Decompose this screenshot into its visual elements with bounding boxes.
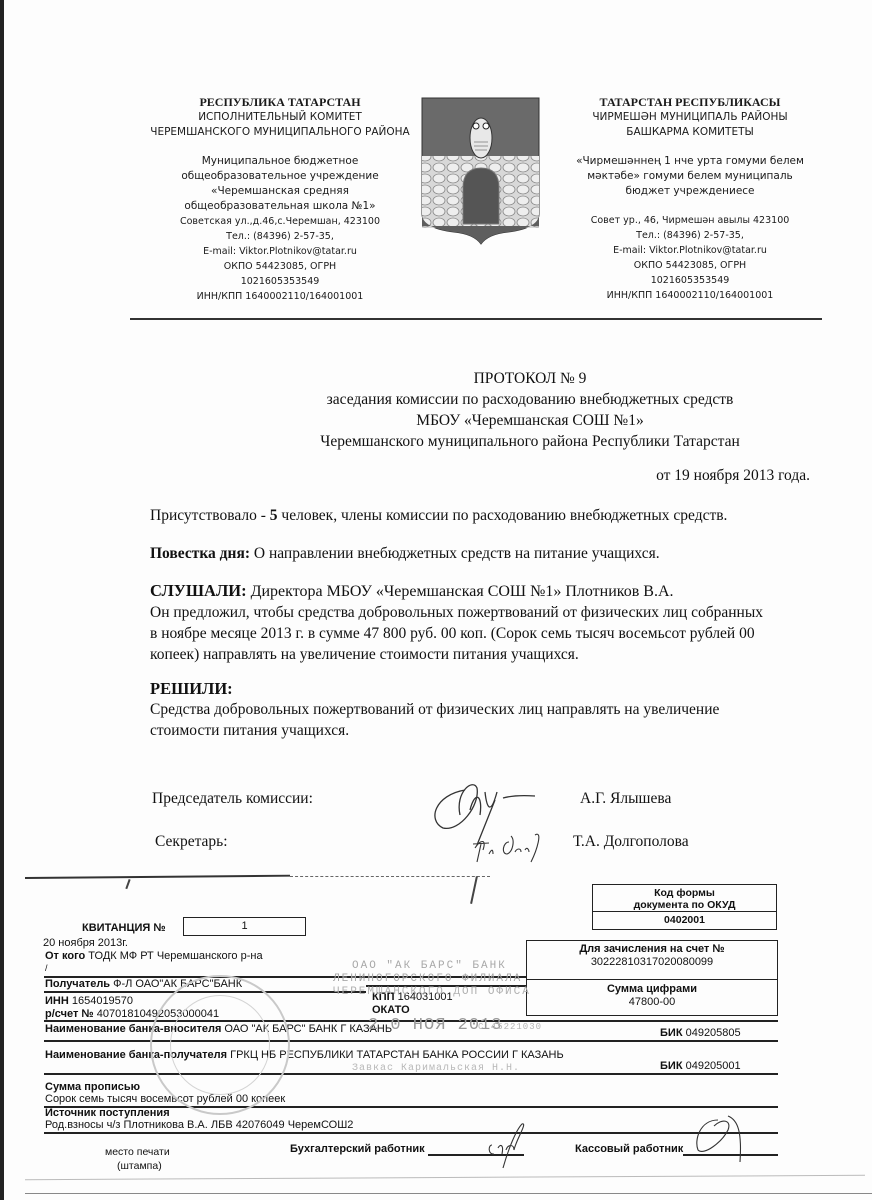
stamp-line: ОАО "АК БАРС" БАНК xyxy=(352,960,507,972)
stamp-line: ЧЕРЕМШАНСКОГО ДОП ОФИСА xyxy=(333,986,531,998)
heard-line: в ноябре месяце 2013 г. в сумме 47 800 р… xyxy=(150,623,830,644)
from-value: ТОДК МФ РТ Черемшанского р-на xyxy=(85,950,262,962)
row-divider xyxy=(44,1132,778,1134)
chairman-signature-icon xyxy=(425,770,585,865)
ogrn: 1021605353549 xyxy=(150,274,410,289)
payer-bik-value: 049205805 xyxy=(683,1027,741,1039)
stamp-place-label: место печати xyxy=(105,1146,170,1158)
okpo: ОКПО 54423085, ОГРН xyxy=(560,258,820,273)
rs-label: р/счет № xyxy=(45,1008,94,1020)
cut-line-dashed xyxy=(290,876,490,877)
sum-words-label: Сумма прописью xyxy=(45,1081,140,1093)
heard-label: СЛУШАЛИ: xyxy=(150,581,247,600)
okud-label: Код формы xyxy=(593,887,776,899)
email: E-mail: Viktor.Plotnikov@tatar.ru xyxy=(560,243,820,258)
okato-label: ОКАТО xyxy=(372,1004,410,1016)
decided-line: Средства добровольных пожертвований от ф… xyxy=(150,699,830,720)
district-line: ЧИРМЕШӘН МУНИЦИПАЛЬ РАЙОНЫ xyxy=(560,110,820,125)
scan-edge xyxy=(0,0,4,1200)
republic-title: ТАТАРСТАН РЕСПУБЛИКАСЫ xyxy=(560,95,820,110)
heard-speaker: Директора МБОУ «Черемшанская СОШ №1» Пло… xyxy=(247,583,674,600)
sum-digits-value: 47800-00 xyxy=(527,996,777,1009)
protocol-title: ПРОТОКОЛ № 9 xyxy=(250,368,810,389)
round-stamp-inner xyxy=(170,995,270,1095)
accountant-label: Бухгалтерский работник xyxy=(290,1143,425,1155)
heard-line: Он предложил, чтобы средства добровольны… xyxy=(150,602,830,623)
org-line: «Черемшанская средняя xyxy=(150,184,410,199)
recv-bik-label: БИК xyxy=(660,1060,683,1072)
heard-line: копеек) направлять на увеличение стоимос… xyxy=(150,644,830,665)
scanned-page: РЕСПУБЛИКА ТАТАРСТАН ИСПОЛНИТЕЛЬНЫЙ КОМИ… xyxy=(0,0,872,1200)
receipt-number-field: 1 xyxy=(183,917,306,936)
okud-code: 0402001 xyxy=(593,911,776,929)
stamp-line: ЛЕНИНОГОРСКОГО ФИЛИАЛА xyxy=(333,973,522,985)
cut-line xyxy=(25,1193,872,1194)
from-label: От кого xyxy=(45,950,85,962)
inn-value: 1654019570 xyxy=(69,995,133,1007)
phone: Тел.: (84396) 2-57-35, xyxy=(150,229,410,244)
secretary-role: Секретарь: xyxy=(155,833,228,851)
org-line: мәктәбе» гомуми белем муниципаль xyxy=(560,169,820,184)
okud-label: документа по ОКУД xyxy=(593,899,776,911)
inn-kpp: ИНН/КПП 1640002110/164001001 xyxy=(150,289,410,304)
recv-bik-row: БИК 049205001 xyxy=(660,1060,741,1072)
protocol-heading: ПРОТОКОЛ № 9 заседания комиссии по расхо… xyxy=(250,368,810,452)
protocol-subtitle: МБОУ «Черемшанская СОШ №1» xyxy=(250,410,810,431)
address: Советская ул.,д.46,с.Черемшан, 423100 xyxy=(150,214,410,229)
email: E-mail: Viktor.Plotnikov@tatar.ru xyxy=(150,244,410,259)
org-line: общеобразовательное учреждение xyxy=(150,169,410,184)
inn-row: ИНН 1654019570 xyxy=(45,995,133,1007)
receipt-number-label: КВИТАНЦИЯ № xyxy=(82,922,166,934)
stamp-cashier: Завкас Каримальская Н.Н. xyxy=(352,1063,520,1074)
protocol-date: от 19 ноября 2013 года. xyxy=(656,467,810,485)
recipient-label: Получатель xyxy=(45,978,110,990)
protocol-subtitle: Черемшанского муниципального района Респ… xyxy=(250,431,810,452)
recv-bik-value: 049205001 xyxy=(683,1060,741,1072)
header-divider xyxy=(130,318,822,320)
ogrn: 1021605353549 xyxy=(560,273,820,288)
payer-bik-label: БИК xyxy=(660,1027,683,1039)
from-row: От кого ТОДК МФ РТ Черемшанского р-на xyxy=(45,950,263,962)
secretary-name: Т.А. Долгополова xyxy=(573,833,689,851)
phone: Тел.: (84396) 2-57-35, xyxy=(560,228,820,243)
agenda-text: О направлении внебюджетных средств на пи… xyxy=(250,545,660,562)
org-line: «Чирмешәннең 1 нче урта гомуми белем xyxy=(560,154,820,169)
cashier-signature-icon xyxy=(690,1112,750,1162)
source-label: Источник поступления xyxy=(45,1107,170,1119)
decided-label: РЕШИЛИ: xyxy=(150,678,830,699)
accountant-signature-icon xyxy=(470,1110,540,1170)
district-line: ЧЕРЕМШАНСКОГО МУНИЦИПАЛЬНОГО РАЙОНА xyxy=(150,125,410,140)
source-value: Род.взносы ч/з Плотникова В.А. ЛБВ 42076… xyxy=(45,1119,353,1131)
chairman-name: А.Г. Ялышева xyxy=(580,790,671,808)
okud-box: Код формы документа по ОКУД 0402001 xyxy=(592,884,777,930)
committee-line: БАШКАРМА КОМИТЕТЫ xyxy=(560,125,820,140)
attendance-count: 5 xyxy=(270,507,278,524)
heard-section: СЛУШАЛИ: Директора МБОУ «Черемшанская СО… xyxy=(150,580,830,665)
sum-digits-label: Сумма цифрами xyxy=(527,983,777,996)
letterhead-russian: РЕСПУБЛИКА ТАТАРСТАН ИСПОЛНИТЕЛЬНЫЙ КОМИ… xyxy=(150,95,410,304)
cut-line xyxy=(25,1175,865,1180)
address: Совет ур., 46, Чирмешән авылы 423100 xyxy=(560,213,820,228)
chairman-role: Председатель комиссии: xyxy=(152,790,313,808)
cut-line xyxy=(25,875,290,879)
recv-bank-row: Наименование банка-получателя ГРКЦ НБ РЕ… xyxy=(45,1049,564,1061)
republic-title: РЕСПУБЛИКА ТАТАРСТАН xyxy=(150,95,410,110)
org-line: бюджет учреждениесе xyxy=(560,184,820,199)
attendance: Присутствовало - 5 человек, члены комисс… xyxy=(150,505,830,526)
agenda: Повестка дня: О направлении внебюджетных… xyxy=(150,543,830,564)
inn-kpp: ИНН/КПП 1640002110/164001001 xyxy=(560,288,820,303)
receipt-date: 20 ноября 2013г. xyxy=(43,937,128,949)
account-label: Для зачисления на счет № xyxy=(527,943,777,956)
letterhead-tatar: ТАТАРСТАН РЕСПУБЛИКАСЫ ЧИРМЕШӘН МУНИЦИПА… xyxy=(560,95,820,303)
org-line: Муниципальное бюджетное xyxy=(150,154,410,169)
mark xyxy=(125,879,130,889)
decided-line: стоимости питания учащихся. xyxy=(150,720,830,741)
org-line: общеобразовательная школа №1» xyxy=(150,199,410,214)
account-value: 30222810317020080099 xyxy=(527,956,777,969)
mark xyxy=(470,876,477,904)
stamp-place-label: (штампа) xyxy=(117,1160,162,1172)
account-box: Для зачисления на счет № 302228103170200… xyxy=(526,940,778,1016)
committee-line: ИСПОЛНИТЕЛЬНЫЙ КОМИТЕТ xyxy=(150,110,410,125)
cashier-label: Кассовый работник xyxy=(575,1143,683,1155)
inn-label: ИНН xyxy=(45,995,69,1007)
decided-section: РЕШИЛИ: Средства добровольных пожертвова… xyxy=(150,678,830,741)
stamp-code: С 45221030 xyxy=(478,1022,542,1032)
agenda-label: Повестка дня: xyxy=(150,545,250,562)
payer-bik-row: БИК 049205805 xyxy=(660,1027,741,1039)
protocol-subtitle: заседания комиссии по расходованию внебю… xyxy=(250,389,810,410)
coat-of-arms-icon xyxy=(418,96,543,246)
from-slash: / xyxy=(45,963,48,973)
okpo: ОКПО 54423085, ОГРН xyxy=(150,259,410,274)
